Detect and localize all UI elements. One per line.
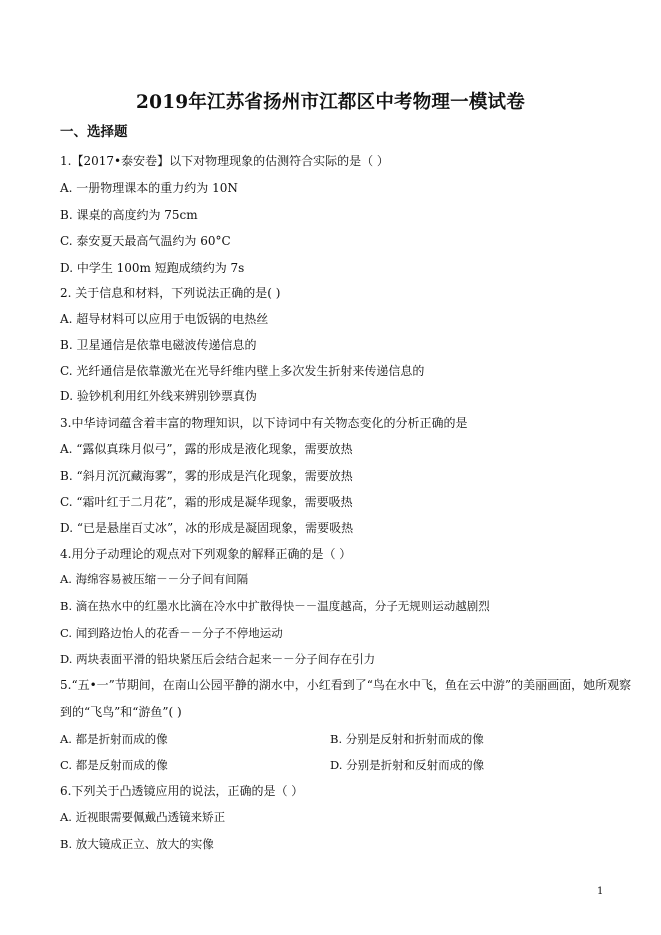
question-3-option-d: D. “已是悬崖百丈冰”，冰的形成是凝固现象，需要吸热	[60, 519, 353, 536]
question-4-option-d: D. 两块表面平滑的铅块紧压后会结合起来－－分子间存在引力	[60, 651, 375, 667]
question-3-option-a: A. “露似真珠月似弓”，露的形成是液化现象，需要放热	[60, 440, 353, 457]
question-6-option-a: A. 近视眼需要佩戴凸透镜来矫正	[60, 809, 225, 825]
question-3-option-b: B. “斜月沉沉藏海雾”，雾的形成是汽化现象，需要放热	[60, 467, 353, 484]
question-5-stem-continued: 到的“飞鸟”和“游鱼”( )	[60, 703, 182, 720]
question-5-stem: 5.“五•一”节期间，在南山公园平静的湖水中，小红看到了“鸟在水中飞，鱼在云中游…	[60, 676, 631, 693]
question-2-option-b: B. 卫星通信是依靠电磁波传递信息的	[60, 336, 256, 353]
question-5-option-b: B. 分别是反射和折射而成的像	[330, 731, 484, 747]
question-2-stem: 2. 关于信息和材料，下列说法正确的是( )	[60, 284, 280, 301]
question-5-option-d: D. 分别是折射和反射而成的像	[330, 757, 484, 773]
question-3-option-c: C. “霜叶红于二月花”，霜的形成是凝华现象，需要吸热	[60, 493, 353, 510]
question-1-option-a: A. 一册物理课本的重力约为 10N	[60, 179, 238, 196]
question-1-option-c: C. 泰安夏天最高气温约为 60°C	[60, 232, 231, 249]
question-4-option-b: B. 滴在热水中的红墨水比滴在冷水中扩散得快－－温度越高，分子无规则运动越剧烈	[60, 598, 490, 614]
question-6-option-b: B. 放大镜成正立、放大的实像	[60, 836, 214, 852]
question-4-stem: 4.用分子动理论的观点对下列观象的解释正确的是（ ）	[60, 545, 351, 562]
question-1-stem: 1.【2017•泰安卷】以下对物理现象的估测符合实际的是（ ）	[60, 152, 389, 169]
question-6-stem: 6.下列关于凸透镜应用的说法，正确的是（ ）	[60, 782, 303, 799]
question-2-option-c: C. 光纤通信是依靠激光在光导纤维内壁上多次发生折射来传递信息的	[60, 362, 424, 379]
document-title: 2019年江苏省扬州市江都区中考物理一模试卷	[0, 88, 661, 114]
question-5-option-c: C. 都是反射而成的像	[60, 757, 168, 773]
question-4-option-c: C. 闻到路边怡人的花香－－分子不停地运动	[60, 625, 283, 641]
page-number: 1	[597, 886, 603, 897]
question-3-stem: 3.中华诗词蕴含着丰富的物理知识，以下诗词中有关物态变化的分析正确的是	[60, 414, 467, 431]
section-heading: 一、选择题	[60, 120, 128, 140]
question-5-option-a: A. 都是折射而成的像	[60, 731, 168, 747]
question-2-option-d: D. 验钞机利用红外线来辨别钞票真伪	[60, 387, 257, 404]
question-2-option-a: A. 超导材料可以应用于电饭锅的电热丝	[60, 310, 268, 327]
question-1-option-b: B. 课桌的高度约为 75cm	[60, 206, 198, 223]
question-1-option-d: D. 中学生 100m 短跑成绩约为 7s	[60, 259, 244, 276]
question-4-option-a: A. 海绵容易被压缩－－分子间有间隔	[60, 571, 248, 587]
